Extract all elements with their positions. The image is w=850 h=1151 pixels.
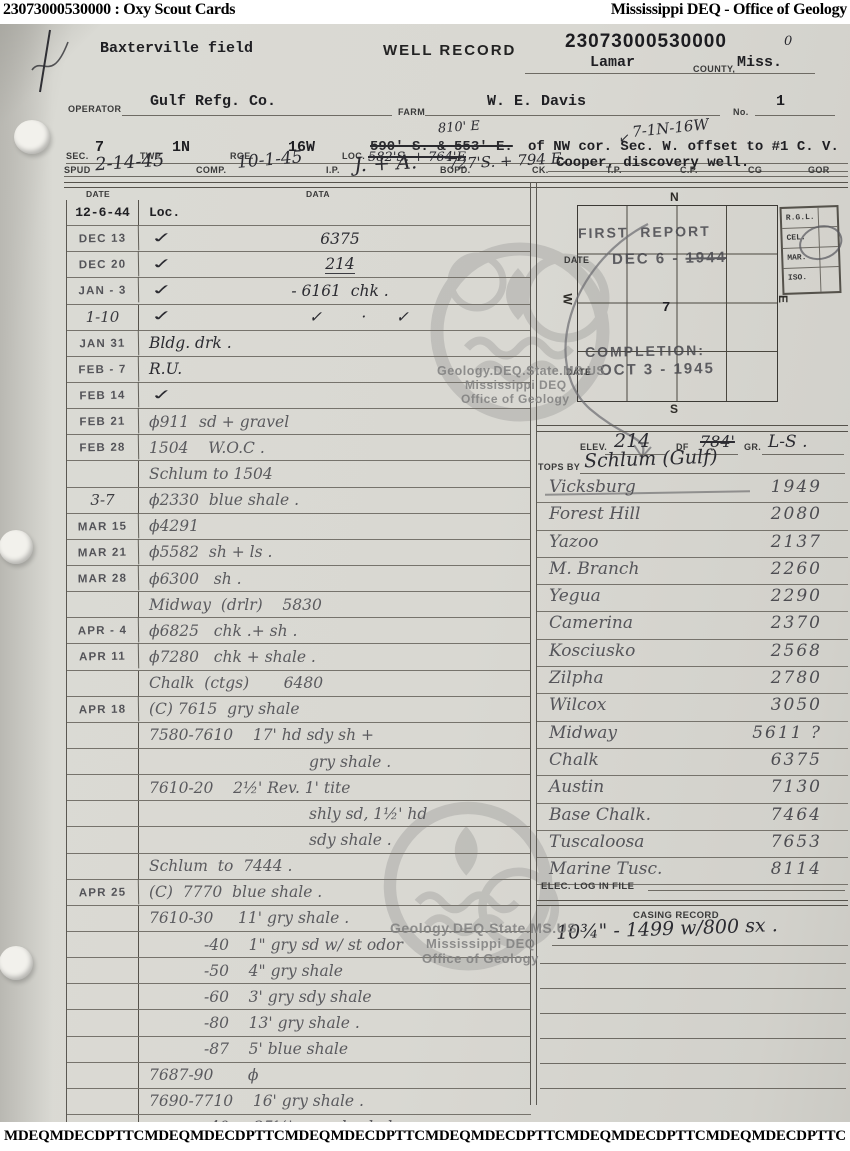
formation-top-row: Forest Hill2080: [537, 503, 848, 530]
formation-top-row: Midway5611 ?: [537, 722, 848, 749]
log-entry-text: ϕ911 sd + gravel: [149, 413, 289, 431]
log-data-cell: R.U.: [139, 357, 531, 382]
log-date-cell: [67, 1063, 139, 1088]
footer-item: MDEQ: [565, 1128, 610, 1145]
footer-item: MDECD: [471, 1128, 526, 1145]
log-entry-text: ✓ · ✓: [149, 308, 409, 326]
tops-by-label: TOPS BY: [538, 462, 580, 472]
ruled-line: [540, 1063, 846, 1064]
log-date-cell: FEB - 7: [67, 356, 139, 382]
log-date-cell: APR - 4: [67, 618, 139, 644]
hole-punch: [0, 530, 33, 564]
footer-item: PTTC: [667, 1128, 706, 1145]
footer-item: PTTC: [807, 1128, 846, 1145]
operator-label: OPERATOR: [68, 104, 121, 114]
log-row: -87 5' blue shale: [67, 1037, 531, 1063]
log-entry-text: -50 4" gry shale: [149, 962, 343, 980]
hole-punch: [0, 946, 33, 980]
log-date-cell: MAR 21: [67, 539, 139, 565]
log-entry-text: 7687-90 ϕ: [149, 1066, 258, 1084]
log-data-cell: ϕ2330 blue shale .: [139, 488, 531, 513]
log-data-cell: ✓6375: [139, 226, 531, 251]
tp-label: T.P.: [606, 165, 622, 175]
footer-item: PTTC: [386, 1128, 425, 1145]
formation-depth: 2137: [771, 532, 822, 552]
log-date-cell: FEB 14: [67, 382, 139, 408]
formation-name: Austin: [549, 777, 604, 797]
log-data-cell: -50 4" gry shale: [139, 958, 531, 983]
log-date-cell: [67, 1089, 139, 1114]
log-date-cell: [67, 671, 139, 696]
formation-top-row: Yegua2290: [537, 585, 848, 612]
log-entry-text: sdy shale .: [149, 831, 392, 849]
log-row: FEB 21ϕ911 sd + gravel: [67, 409, 531, 435]
log-date-cell: [67, 1010, 139, 1035]
log-row: 7610-20 2½' Rev. 1' tite: [67, 775, 531, 801]
check-mark: ✓: [149, 308, 174, 325]
loc-handwritten-note: 7-1N-16W: [631, 115, 709, 141]
log-entry-text: Midway (drlr) 5830: [149, 596, 322, 614]
log-data-cell: 7687-90 ϕ: [139, 1063, 531, 1088]
log-data-cell: 7690-7710 16' gry shale .: [139, 1089, 531, 1114]
log-entry-text: ϕ6825 chk .+ sh .: [149, 622, 297, 640]
log-data-cell: shly sd, 1½' hd: [139, 801, 531, 826]
cp-label: C.P.: [680, 165, 698, 175]
log-data-cell: ϕ5582 sh + ls .: [139, 540, 531, 565]
log-date-cell: FEB 28: [67, 435, 139, 461]
formation-depth: 7653: [771, 832, 822, 852]
log-data-cell: Chalk (ctgs) 6480: [139, 671, 531, 696]
footer-item: MDEQ: [144, 1128, 189, 1145]
log-row: JAN 31Bldg. drk .: [67, 331, 531, 357]
formation-top-row: Vicksburg1949: [537, 476, 848, 503]
log-data-cell: ϕ6300 sh .: [139, 566, 531, 591]
well-number-label: No.: [733, 107, 749, 117]
log-row: 3-7ϕ2330 blue shale .: [67, 488, 531, 514]
formation-name: Yazoo: [549, 532, 598, 552]
footer-item: MDECD: [611, 1128, 666, 1145]
log-date-cell: [67, 958, 139, 983]
viewer-footer: MDEQMDECDPTTCMDEQMDECDPTTCMDEQMDECDPTTCM…: [0, 1122, 850, 1151]
formation-name: Marine Tusc.: [549, 859, 662, 879]
log-date-cell: 1-10: [67, 305, 139, 330]
stamp-box-row: ISO.: [784, 267, 840, 289]
log-data-cell: ✓214: [139, 252, 531, 277]
formation-name: Base Chalk.: [549, 805, 651, 825]
ruled-line: [540, 1038, 846, 1039]
well-number-value: 1: [776, 93, 785, 110]
comp-label: COMP.: [196, 165, 226, 175]
formation-top-row: M. Branch2260: [537, 558, 848, 585]
ruled-line: [540, 963, 846, 964]
log-data-cell: (C) 7770 blue shale .: [139, 880, 531, 905]
log-row: Schlum to 7444 .: [67, 854, 531, 880]
log-date-cell: [67, 723, 139, 748]
log-entry-text: Schlum to 1504: [149, 465, 273, 483]
operator-value: Gulf Refg. Co.: [150, 93, 276, 110]
log-data-cell: ϕ7280 chk + shale .: [139, 644, 531, 669]
log-date-cell: [67, 854, 139, 879]
formation-depth: 6375: [771, 750, 822, 770]
log-entry-text: (C) 7615 gry shale: [149, 700, 300, 718]
formation-name: Forest Hill: [549, 504, 640, 524]
log-date-cell: [67, 592, 139, 617]
footer-item: PTTC: [246, 1128, 285, 1145]
footer-item: MDEQ: [425, 1128, 470, 1145]
log-date-cell: [67, 1037, 139, 1062]
log-data-header: DATA: [306, 189, 330, 199]
log-entry-text: 214: [325, 255, 355, 274]
ruled-line: [540, 1088, 846, 1089]
log-data-cell: 7580-7610 17' hd sdy sh +: [139, 723, 531, 748]
log-row: -40 1" gry sd w/ st odor: [67, 932, 531, 958]
log-row: APR - 4ϕ6825 chk .+ sh .: [67, 618, 531, 644]
comp-value: 10-1-45: [236, 147, 303, 173]
log-row: APR 11ϕ7280 chk + shale .: [67, 644, 531, 670]
log-row: MAR 15ϕ4291: [67, 514, 531, 540]
log-data-cell: -87 5' blue shale: [139, 1037, 531, 1062]
log-entry-text: 7580-7610 17' hd sdy sh +: [149, 726, 374, 744]
log-row: shly sd, 1½' hd: [67, 801, 531, 827]
spud-label: SPUD: [64, 165, 91, 175]
formation-depth: 5611 ?: [752, 723, 822, 743]
log-date-cell: 3-7: [67, 488, 139, 513]
gor-label: GOR: [808, 165, 830, 175]
formation-depth: 7464: [771, 805, 822, 825]
log-date-cell: APR 25: [67, 879, 139, 905]
scanned-well-record-page: 23073000530000 : Oxy Scout Cards Mississ…: [0, 0, 850, 1151]
log-entry-text: 7690-7710 16' gry shale .: [149, 1092, 364, 1110]
farm-value: W. E. Davis: [487, 93, 586, 110]
formation-name: Chalk: [549, 750, 599, 770]
log-row: 7687-90 ϕ: [67, 1063, 531, 1089]
footer-item: PTTC: [105, 1128, 144, 1145]
formation-top-row: Tuscaloosa7653: [537, 831, 848, 858]
log-row: 7610-30 11' gry shale .: [67, 906, 531, 932]
log-row: Chalk (ctgs) 6480: [67, 671, 531, 697]
formation-name: Zilpha: [549, 668, 604, 688]
log-entry-text: -80 13' gry shale .: [149, 1014, 360, 1032]
spud-value: 2-14-45: [94, 150, 165, 176]
log-entry-text: 7610-30 11' gry shale .: [149, 909, 349, 927]
records-check-stamp-box: R.G.L. CEL. MAR. ISO.: [779, 205, 841, 295]
log-data-cell: sdy shale .: [139, 827, 531, 852]
log-data-cell: -40 1" gry sd w/ st odor: [139, 932, 531, 957]
log-entry-text: ϕ7280 chk + shale .: [149, 648, 316, 666]
log-data-cell: Schlum to 1504: [139, 461, 531, 486]
log-row: Schlum to 1504: [67, 461, 531, 487]
log-data-cell: -60 3' gry sdy shale: [139, 984, 531, 1009]
formation-tops-list: Vicksburg1949Forest Hill2080Yazoo2137M. …: [537, 476, 848, 885]
footer-item: MDECD: [330, 1128, 385, 1145]
log-entry-text: (C) 7770 blue shale .: [149, 883, 322, 901]
log-data-cell: 7610-20 2½' Rev. 1' tite: [139, 775, 531, 800]
sec-label: SEC.: [66, 151, 89, 161]
log-entry-text: Schlum to 7444 .: [149, 857, 293, 875]
loc-text-2: Cooper, discovery well.: [556, 155, 749, 171]
log-date-cell: 12-6-44: [67, 200, 139, 225]
state-value: Miss.: [737, 54, 782, 71]
farm-label: FARM: [398, 107, 425, 117]
ip-value: J. + A.: [353, 149, 417, 176]
log-data-cell: ✓✓ · ✓: [139, 305, 531, 330]
bopd-label: BOPD.: [440, 165, 471, 175]
log-date-cell: [67, 932, 139, 957]
formation-top-row: Austin7130: [537, 776, 848, 803]
formation-name: Tuscaloosa: [549, 832, 644, 852]
log-entry-text: 7610-20 2½' Rev. 1' tite: [149, 779, 350, 797]
log-date-cell: MAR 28: [67, 565, 139, 591]
log-date-cell: [67, 461, 139, 486]
log-data-cell: ✓: [139, 383, 531, 408]
elev-gr-value: L-S .: [768, 432, 808, 452]
log-entry-text: gry shale .: [149, 753, 391, 771]
log-date-header: DATE: [86, 189, 110, 199]
log-row: DEC 13✓6375: [67, 226, 531, 252]
elev-gr-label: GR.: [744, 442, 761, 452]
formation-depth: 3050: [771, 695, 822, 715]
log-row: Midway (drlr) 5830: [67, 592, 531, 618]
log-row: sdy shale .: [67, 827, 531, 853]
viewer-header: 23073000530000 : Oxy Scout Cards Mississ…: [0, 0, 850, 26]
log-row: APR 18(C) 7615 gry shale: [67, 697, 531, 723]
log-row: 1-10✓✓ · ✓: [67, 305, 531, 331]
log-date-cell: [67, 906, 139, 931]
log-date-cell: APR 18: [67, 696, 139, 722]
ruled-line: [540, 988, 846, 989]
log-data-cell: (C) 7615 gry shale: [139, 697, 531, 722]
viewer-header-right: Mississippi DEQ - Office of Geology: [611, 1, 847, 19]
cg-label: CG: [748, 165, 762, 175]
formation-name: Wilcox: [549, 695, 606, 715]
formation-depth: 7130: [771, 777, 822, 797]
log-entry-text: -87 5' blue shale: [149, 1040, 348, 1058]
log-date-cell: DEC 13: [67, 226, 139, 252]
formation-top-row: Zilpha2780: [537, 667, 848, 694]
log-entry-text: 6375: [320, 230, 359, 248]
county-value: Lamar: [590, 54, 635, 71]
log-entry-text: Chalk (ctgs) 6480: [149, 674, 323, 692]
log-date-cell: APR 11: [67, 644, 139, 670]
footer-item: PTTC: [526, 1128, 565, 1145]
casing-record-value: 10¾" - 1499 w/800 sx .: [556, 914, 778, 944]
corner-mark: 0: [784, 34, 792, 49]
log-row: 7690-7710 16' gry shale .: [67, 1089, 531, 1115]
loc-note-arrow: ↙: [619, 130, 630, 146]
footer-item: MDECD: [751, 1128, 806, 1145]
footer-item: MDEQ: [285, 1128, 330, 1145]
formation-name: M. Branch: [549, 559, 639, 579]
api-number: 23073000530000: [565, 31, 727, 53]
viewer-header-left: 23073000530000 : Oxy Scout Cards: [3, 1, 235, 19]
ip-label: I.P.: [326, 165, 340, 175]
log-entry-text: - 6161 chk .: [291, 282, 388, 300]
daily-log-table: 12-6-44Loc.DEC 13✓6375DEC 20✓214JAN - 3✓…: [66, 200, 531, 1141]
elec-log-label: ELEC. LOG IN FILE: [541, 881, 634, 892]
log-date-cell: [67, 827, 139, 852]
log-data-cell: ϕ4291: [139, 514, 531, 539]
log-row: FEB 281504 W.O.C .: [67, 435, 531, 461]
log-entry-text: ϕ4291: [149, 517, 199, 535]
log-date-cell: FEB 21: [67, 408, 139, 434]
twp-value: 1N: [172, 139, 190, 156]
log-data-cell: ✓- 6161 chk .: [139, 278, 531, 303]
formation-name: Kosciusko: [549, 641, 635, 661]
log-data-cell: -80 13' gry shale .: [139, 1010, 531, 1035]
check-mark: ✓: [149, 256, 174, 273]
log-entry-text: R.U.: [149, 360, 182, 378]
footer-item: MDECD: [190, 1128, 245, 1145]
formation-name: Camerina: [549, 613, 633, 633]
formation-depth: 2260: [771, 559, 822, 579]
formation-depth: 1949: [771, 477, 822, 497]
log-date-cell: [67, 984, 139, 1009]
formation-depth: 2780: [771, 668, 822, 688]
log-data-cell: ϕ6825 chk .+ sh .: [139, 618, 531, 643]
footer-item: MDECD: [50, 1128, 105, 1145]
log-date-cell: [67, 801, 139, 826]
log-row: gry shale .: [67, 749, 531, 775]
log-row: -80 13' gry shale .: [67, 1010, 531, 1036]
log-data-cell: Midway (drlr) 5830: [139, 592, 531, 617]
log-row: 12-6-44Loc.: [67, 200, 531, 226]
formation-top-row: Wilcox3050: [537, 694, 848, 721]
loc-overwrite-note: 810' E: [438, 119, 481, 137]
formation-depth: 8114: [771, 859, 822, 879]
formation-top-row: Chalk6375: [537, 749, 848, 776]
footer-item: MDEQ: [4, 1128, 49, 1145]
log-row: APR 25(C) 7770 blue shale .: [67, 880, 531, 906]
log-data-cell: Bldg. drk .: [139, 331, 531, 356]
field-name: Baxterville field: [100, 40, 253, 57]
log-entry-text: ϕ5582 sh + ls .: [149, 543, 272, 561]
formation-name: Yegua: [549, 586, 601, 606]
log-row: FEB 14✓: [67, 383, 531, 409]
log-row: JAN - 3✓- 6161 chk .: [67, 278, 531, 304]
log-entry-text: Bldg. drk .: [149, 334, 232, 352]
log-data-cell: ϕ911 sd + gravel: [139, 409, 531, 434]
tops-by-value: Schlum (Gulf): [584, 446, 718, 473]
log-date-cell: DEC 20: [67, 252, 139, 278]
check-mark: ✓: [149, 282, 174, 299]
log-entry-text: shly sd, 1½' hd: [149, 805, 427, 823]
log-entry-text: 1504 W.O.C .: [149, 439, 265, 457]
log-data-cell: 7610-30 11' gry shale .: [139, 906, 531, 931]
log-entry-text: -60 3' gry sdy shale: [149, 988, 372, 1006]
check-mark: ✓: [149, 386, 174, 403]
hole-punch: [14, 120, 50, 154]
log-entry-text: ϕ6300 sh .: [149, 570, 242, 588]
formation-top-row: Kosciusko2568: [537, 640, 848, 667]
log-data-cell: 1504 W.O.C .: [139, 435, 531, 460]
formation-top-row: Base Chalk.7464: [537, 804, 848, 831]
check-mark: ✓: [149, 230, 174, 247]
log-row: MAR 21ϕ5582 sh + ls .: [67, 540, 531, 566]
formation-top-row: Yazoo2137: [537, 531, 848, 558]
log-date-cell: JAN 31: [67, 330, 139, 356]
ruled-line: [540, 1013, 846, 1014]
formation-depth: 2568: [771, 641, 822, 661]
loc-text: of NW cor. Sec. W. offset to #1 C. V.: [528, 139, 839, 155]
log-data-cell: Loc.: [139, 200, 531, 225]
log-date-cell: MAR 15: [67, 513, 139, 539]
well-record-card: Baxterville field WELL RECORD 2307300053…: [0, 24, 850, 1122]
formation-depth: 2370: [771, 613, 822, 633]
log-entry-text: ϕ2330 blue shale .: [149, 491, 299, 509]
footer-item: MDEQ: [706, 1128, 751, 1145]
formation-name: Midway: [549, 723, 617, 743]
ck-label: CK.: [532, 165, 549, 175]
log-data-cell: Schlum to 7444 .: [139, 854, 531, 879]
log-row: FEB - 7R.U.: [67, 357, 531, 383]
log-row: MAR 28ϕ6300 sh .: [67, 566, 531, 592]
log-date-cell: [67, 749, 139, 774]
log-row: 7580-7610 17' hd sdy sh +: [67, 723, 531, 749]
formation-top-row: Camerina2370: [537, 612, 848, 639]
log-row: -50 4" gry shale: [67, 958, 531, 984]
pen-doodle: [28, 26, 88, 106]
log-entry-text: -40 1" gry sd w/ st odor: [149, 936, 403, 954]
log-date-cell: JAN - 3: [67, 278, 139, 304]
log-row: -60 3' gry sdy shale: [67, 984, 531, 1010]
formation-depth: 2290: [771, 586, 822, 606]
log-date-cell: [67, 775, 139, 800]
log-entry-text: Loc.: [149, 205, 180, 220]
form-title: WELL RECORD: [383, 42, 516, 59]
log-data-cell: gry shale .: [139, 749, 531, 774]
formation-depth: 2080: [771, 504, 822, 524]
log-row: DEC 20✓214: [67, 252, 531, 278]
